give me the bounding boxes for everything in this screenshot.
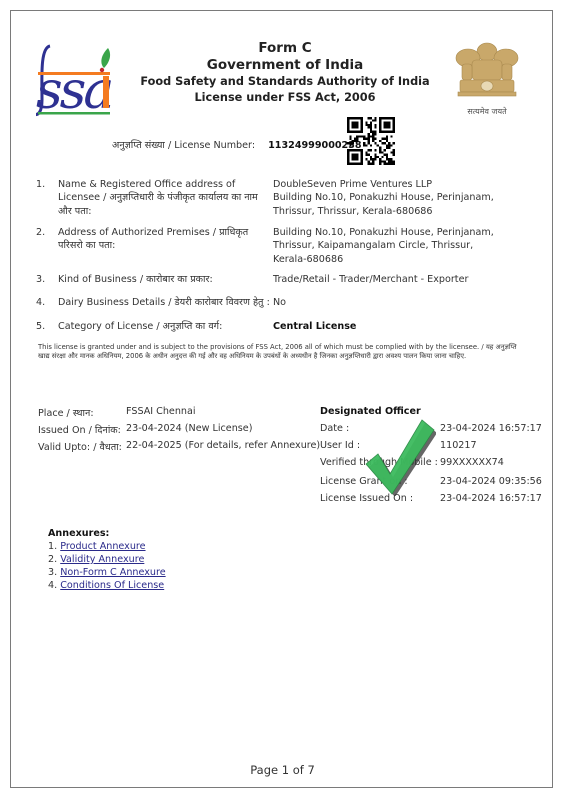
validity-annexure-link[interactable]: Validity Annexure	[60, 554, 144, 565]
conditions-of-license-link[interactable]: Conditions Of License	[60, 580, 164, 591]
license-number-label: अनुज्ञप्ति संख्या / License Number:	[112, 140, 255, 151]
qr-code-icon	[347, 117, 395, 165]
premises-address-line: Building No.10, Ponakuzhi House, Perinja…	[273, 226, 533, 239]
meta-value: FSSAI Chennai	[126, 406, 196, 417]
meta-value: 23-04-2024 (New License)	[126, 423, 252, 434]
licensee-address-line: Thrissur, Thrissur, Kerala-680686	[273, 205, 533, 218]
officer-label: Date :	[320, 423, 349, 434]
item-label: Dairy Business Details / डेयरी कारोबार व…	[58, 296, 288, 309]
item-number: 3.	[36, 273, 56, 286]
licensee-name: DoubleSeven Prime Ventures LLP	[273, 178, 533, 191]
fssai-logo: ssa	[36, 38, 118, 118]
page-number: Page 1 of 7	[0, 763, 565, 777]
item-label: Address of Authorized Premises / प्राधिक…	[58, 226, 268, 253]
form-title: Form C	[130, 40, 440, 57]
page-border	[10, 10, 553, 788]
item-value: DoubleSeven Prime Ventures LLP Building …	[273, 178, 533, 218]
meta-label: Valid Upto: / वैधता:	[38, 440, 122, 453]
meta-value: 22-04-2025 (For details, refer Annexure)	[126, 440, 320, 451]
meta-label: Issued On / दिनांक:	[38, 423, 121, 436]
annexure-number: 4.	[48, 580, 57, 591]
verified-checkmark-icon	[360, 412, 436, 496]
document-header: Form C Government of India Food Safety a…	[130, 40, 440, 106]
officer-value: 99XXXXXX74	[440, 457, 504, 468]
item-value: Trade/Retail - Trader/Merchant - Exporte…	[273, 273, 533, 286]
non-form-c-annexure-link[interactable]: Non-Form C Annexure	[60, 567, 165, 578]
emblem-motto: सत्यमेव जयते	[446, 106, 528, 117]
act-title: License under FSS Act, 2006	[130, 90, 440, 106]
item-label: Kind of Business / कारोबार का प्रकार:	[58, 273, 288, 286]
annexure-number: 1.	[48, 541, 57, 552]
officer-value: 23-04-2024 16:57:17	[440, 423, 542, 434]
annexure-item: 4. Conditions Of License	[48, 580, 164, 591]
government-title: Government of India	[130, 57, 440, 74]
item-number: 5.	[36, 320, 56, 333]
item-value: Building No.10, Ponakuzhi House, Perinja…	[273, 226, 533, 266]
officer-value: 23-04-2024 16:57:17	[440, 493, 542, 504]
premises-address-line: Thrissur, Kaipamangalam Circle, Thrissur…	[273, 239, 533, 252]
annexure-item: 1. Product Annexure	[48, 541, 146, 552]
annexure-item: 2. Validity Annexure	[48, 554, 144, 565]
annexures-title: Annexures:	[48, 528, 109, 539]
item-label: Name & Registered Office address of Lice…	[58, 178, 268, 218]
license-disclaimer: This license is granted under and is sub…	[38, 343, 528, 361]
meta-label: Place / स्थान:	[38, 406, 94, 419]
premises-address-line: Kerala-680686	[273, 253, 533, 266]
license-number-row: अनुज्ञप्ति संख्या / License Number: 1132…	[112, 138, 362, 151]
item-label: Category of License / अनुज्ञप्ति का वर्ग…	[58, 320, 288, 333]
licensee-address-line: Building No.10, Ponakuzhi House, Perinja…	[273, 191, 533, 204]
item-number: 2.	[36, 226, 56, 239]
ashoka-emblem-icon	[446, 38, 528, 104]
officer-value: 23-04-2024 09:35:56	[440, 476, 542, 487]
annexure-item: 3. Non-Form C Annexure	[48, 567, 166, 578]
license-category: Central License	[273, 320, 533, 333]
item-number: 1.	[36, 178, 56, 191]
national-emblem: सत्यमेव जयते	[446, 38, 528, 120]
item-number: 4.	[36, 296, 56, 309]
product-annexure-link[interactable]: Product Annexure	[60, 541, 145, 552]
annexure-number: 3.	[48, 567, 57, 578]
item-value: No	[273, 296, 533, 309]
officer-label: User Id :	[320, 440, 360, 451]
authority-title: Food Safety and Standards Authority of I…	[130, 74, 440, 90]
officer-value: 110217	[440, 440, 477, 451]
annexure-number: 2.	[48, 554, 57, 565]
